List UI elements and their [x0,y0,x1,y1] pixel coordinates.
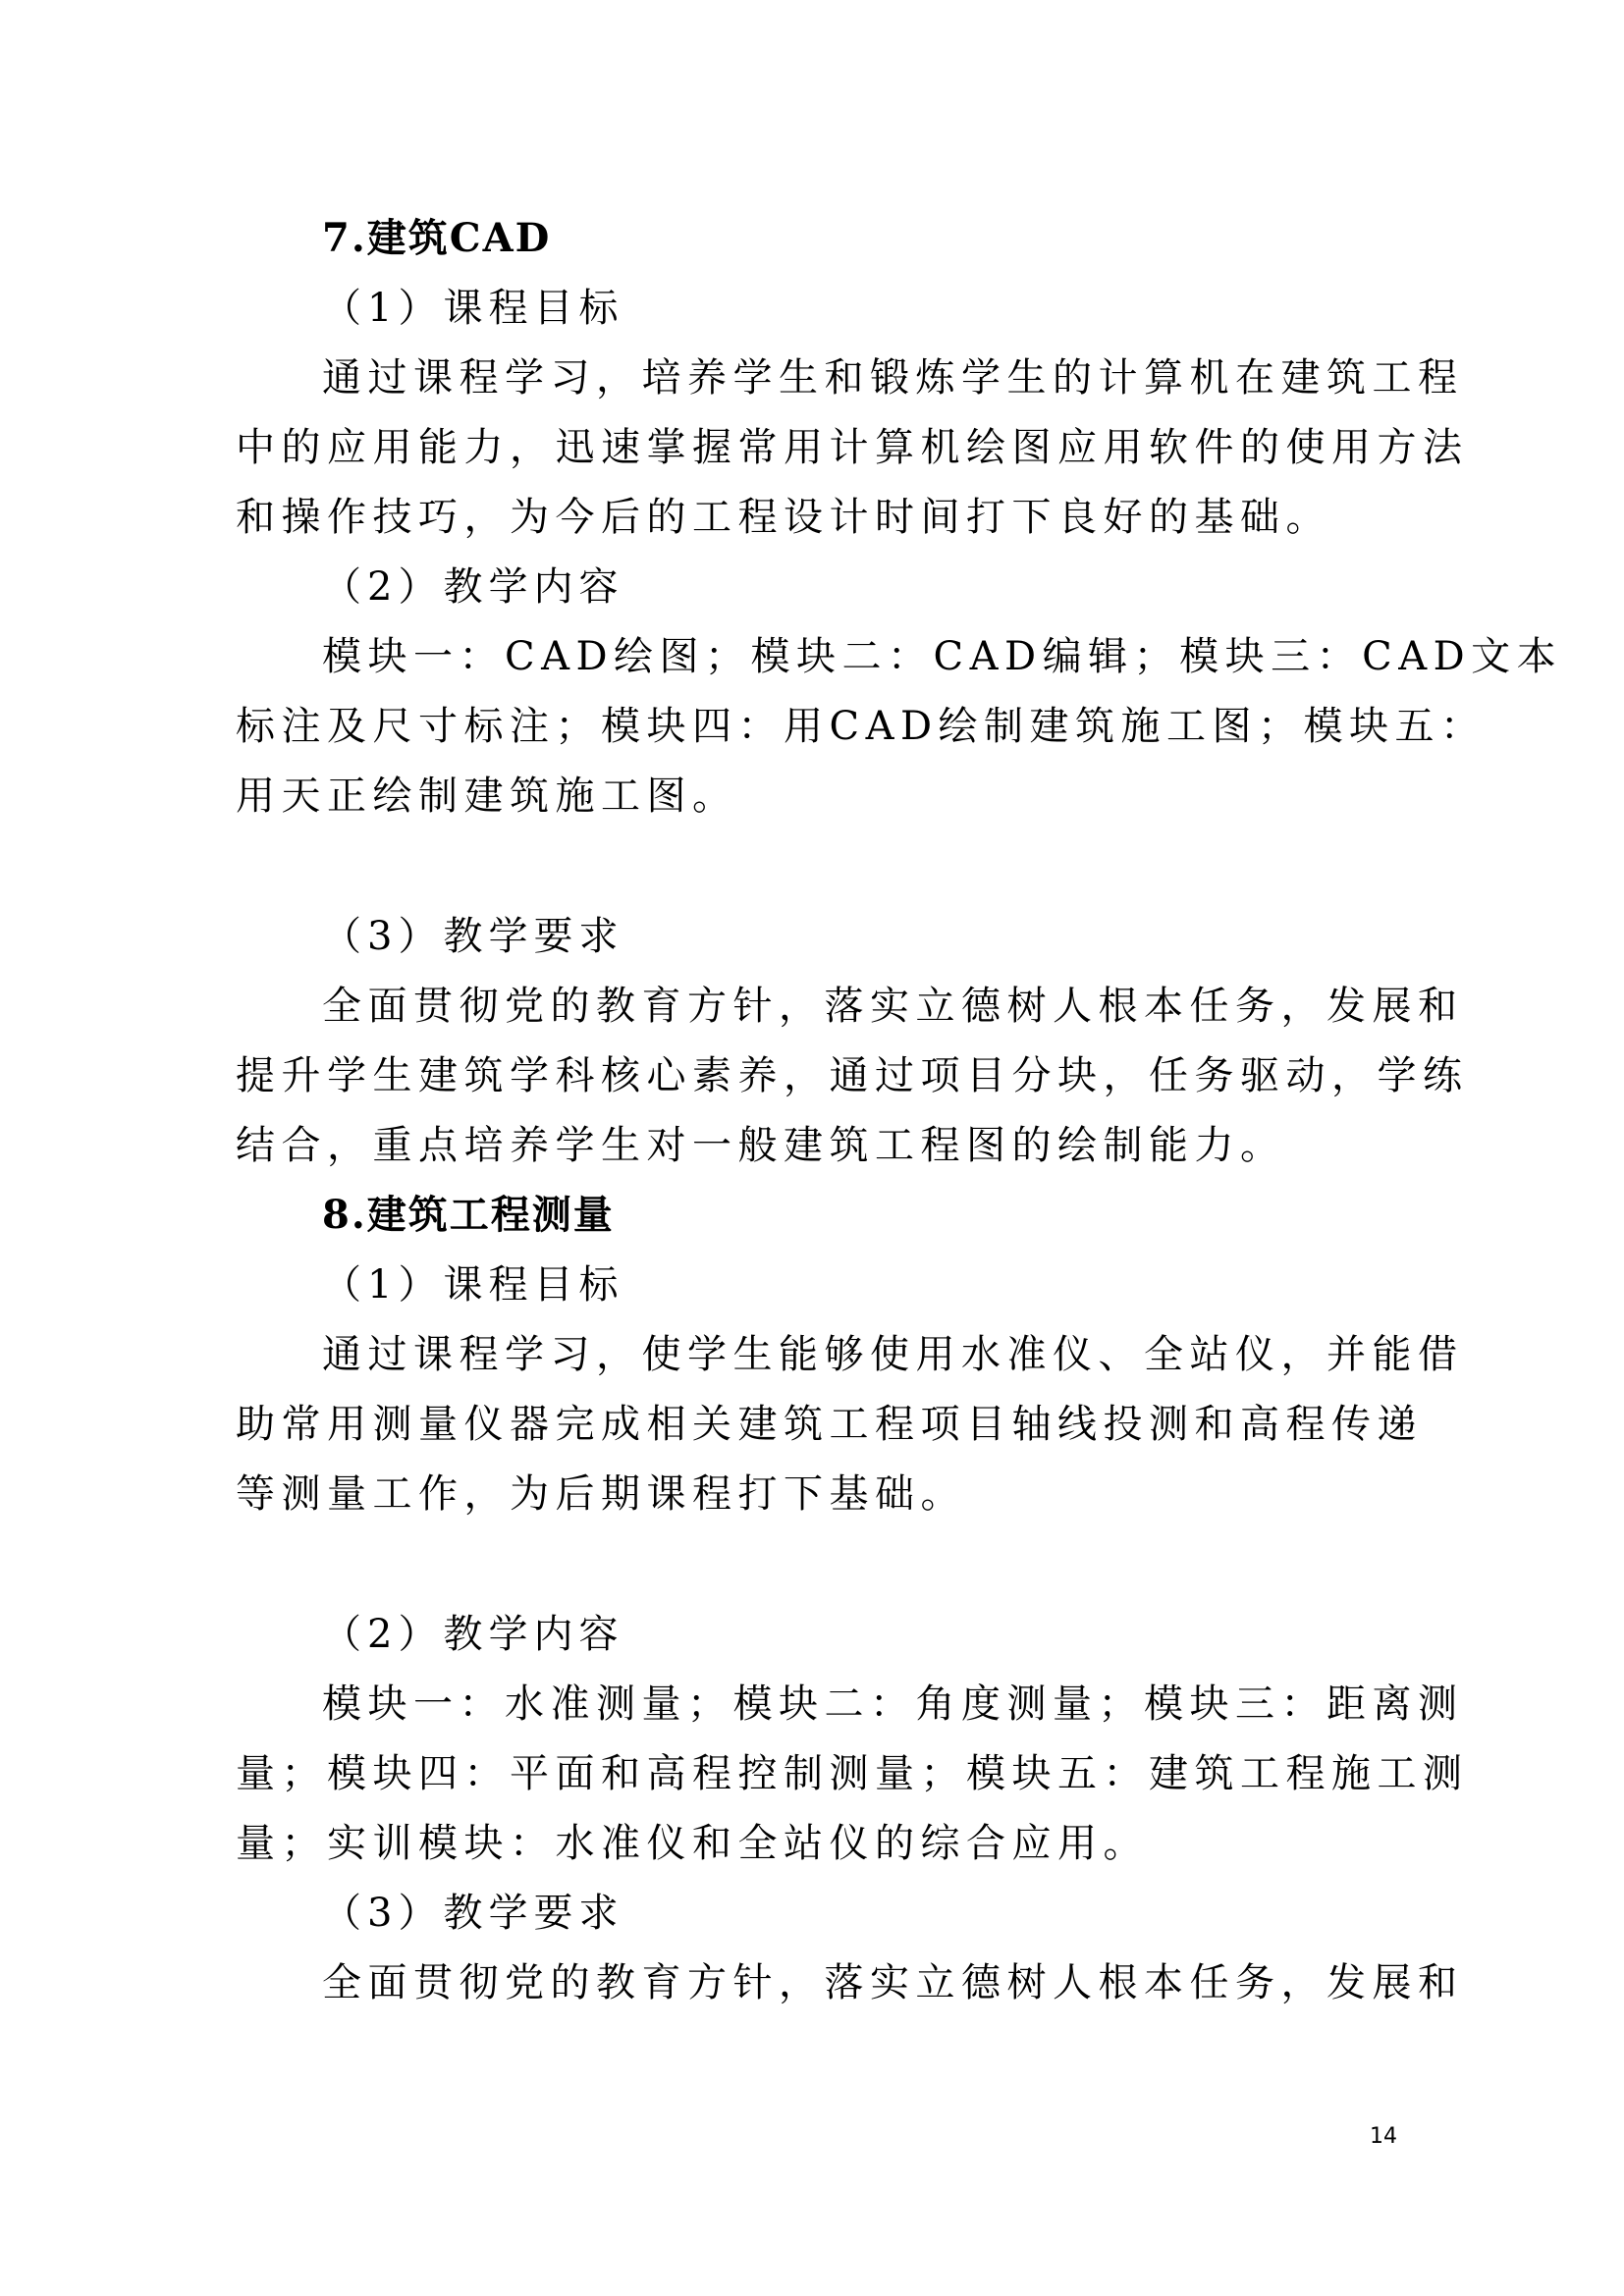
section-heading-7: 7.建筑CAD [322,215,1394,262]
paragraph-line: 结合，重点培养学生对一般建筑工程图的绘制能力。 [236,1122,1394,1169]
paragraph-line: 量；实训模块：水准仪和全站仪的综合应用。 [236,1820,1394,1867]
paragraph-line: 通过课程学习，培养学生和锻炼学生的计算机在建筑工程 [322,354,1394,401]
paragraph-line: 全面贯彻党的教育方针，落实立德树人根本任务，发展和 [322,1959,1394,2006]
subsection-title: （3）教学要求 [322,1890,1394,1937]
paragraph-line: 助常用测量仪器完成相关建筑工程项目轴线投测和高程传递 [236,1401,1394,1448]
paragraph-line: 用天正绘制建筑施工图。 [236,773,1394,820]
paragraph-line: 模块一：水准测量；模块二：角度测量；模块三：距离测 [322,1681,1394,1728]
paragraph-line: 模块一：CAD绘图；模块二：CAD编辑；模块三：CAD文本 [322,633,1394,680]
subsection-title: （2）教学内容 [322,1611,1394,1658]
subsection-title: （2）教学内容 [322,563,1394,611]
paragraph-line: 标注及尺寸标注；模块四：用CAD绘制建筑施工图；模块五： [236,703,1394,750]
page-number: 14 [1370,2124,1397,2149]
paragraph-line: 通过课程学习，使学生能够使用水准仪、全站仪，并能借 [322,1331,1394,1378]
paragraph-line: 提升学生建筑学科核心素养，通过项目分块，任务驱动，学练 [236,1052,1394,1099]
paragraph-line: 和操作技巧，为今后的工程设计时间打下良好的基础。 [236,494,1394,541]
document-page: 7.建筑CAD （1）课程目标 通过课程学习，培养学生和锻炼学生的计算机在建筑工… [0,0,1624,2296]
subsection-title: （1）课程目标 [322,285,1394,332]
paragraph-line: 等测量工作，为后期课程打下基础。 [236,1470,1394,1518]
paragraph-line: 中的应用能力，迅速掌握常用计算机绘图应用软件的使用方法 [236,424,1394,471]
subsection-title: （3）教学要求 [322,913,1394,960]
section-heading-8: 8.建筑工程测量 [322,1192,1394,1239]
paragraph-line: 量；模块四：平面和高程控制测量；模块五：建筑工程施工测 [236,1750,1394,1797]
paragraph-line: 全面贯彻党的教育方针，落实立德树人根本任务，发展和 [322,983,1394,1030]
subsection-title: （1）课程目标 [322,1261,1394,1308]
